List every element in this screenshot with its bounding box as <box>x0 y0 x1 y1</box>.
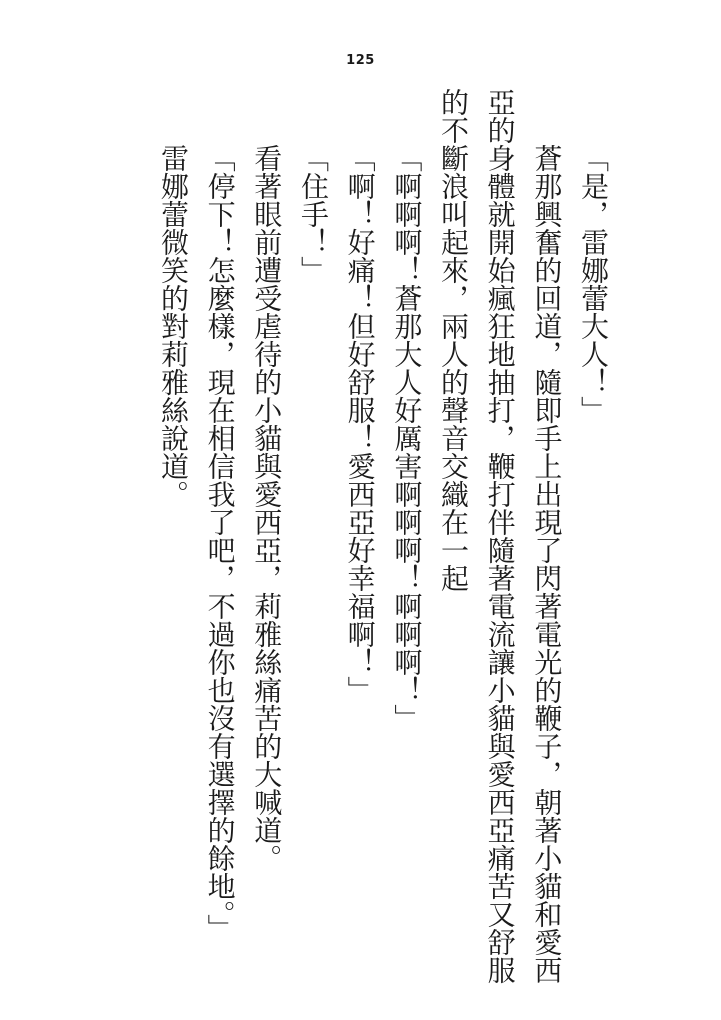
paragraph-dialogue-3: 「啊！好痛！但好舒服！愛西亞好幸福啊！」 <box>335 88 382 984</box>
paragraph-dialogue-4: 「住手！」 <box>288 88 335 984</box>
page-text-block: 「是，雷娜蕾大人！」 蒼那興奮的回道，隨即手上出現了閃著電光的鞭子，朝著小貓和愛… <box>148 88 615 984</box>
paragraph-narration-3: 雷娜蕾微笑的對莉雅絲說道。 <box>148 88 195 984</box>
paragraph-dialogue-1: 「是，雷娜蕾大人！」 <box>568 88 615 984</box>
page-number: 125 <box>0 53 721 68</box>
paragraph-dialogue-5: 「停下！怎麼樣，現在相信我了吧，不過你也沒有選擇的餘地。」 <box>195 88 242 984</box>
paragraph-narration-2: 看著眼前遭受虐待的小貓與愛西亞，莉雅絲痛苦的大喊道。 <box>242 88 289 984</box>
paragraph-dialogue-2: 「啊啊啊！蒼那大人好厲害啊啊啊！啊啊啊！」 <box>382 88 429 984</box>
paragraph-narration-1: 蒼那興奮的回道，隨即手上出現了閃著電光的鞭子，朝著小貓和愛西亞的身體就開始瘋狂地… <box>428 88 568 984</box>
